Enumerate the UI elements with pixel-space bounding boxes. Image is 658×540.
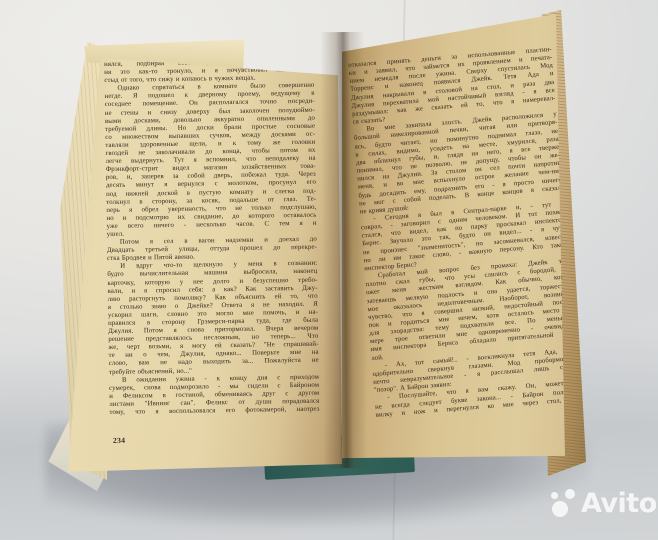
avito-logo-circle-large bbox=[552, 501, 568, 517]
avito-watermark: Avito bbox=[548, 486, 657, 520]
page-number: 234 bbox=[110, 434, 320, 445]
paragraph: Во мне закипала злость. Джейк расположил… bbox=[353, 111, 563, 216]
left-page: нялся, подбирая себе факсимиле повнушите… bbox=[58, 48, 346, 480]
avito-logo-circle-medium bbox=[565, 489, 575, 499]
paragraph: В ожидании ужина - к концу дня с приходо… bbox=[109, 373, 320, 417]
paragraph: Потом я сел в вагон надземки и доехал до… bbox=[107, 236, 317, 264]
left-page-text: нялся, подбирая себе факсимиле повнушите… bbox=[104, 58, 320, 445]
avito-logo-icon bbox=[548, 486, 578, 520]
avito-logo-circle-small bbox=[551, 492, 558, 499]
right-page: отказался принять деньги за использованн… bbox=[334, 8, 584, 474]
paragraph: И вдруг что-то щелкнуло у меня в сознани… bbox=[107, 260, 319, 377]
photo-background: нялся, подбирая себе факсимиле повнушите… bbox=[0, 0, 658, 540]
right-page-text: отказался принять деньги за использованн… bbox=[348, 46, 581, 440]
paragraph: Однако спрятаться в комнате было соверше… bbox=[104, 82, 316, 239]
avito-wordmark: Avito bbox=[581, 488, 657, 519]
page-number: 235 bbox=[377, 416, 581, 440]
paragraph: Сработал мой вопрос без промаха: Джейк т… bbox=[365, 257, 575, 362]
